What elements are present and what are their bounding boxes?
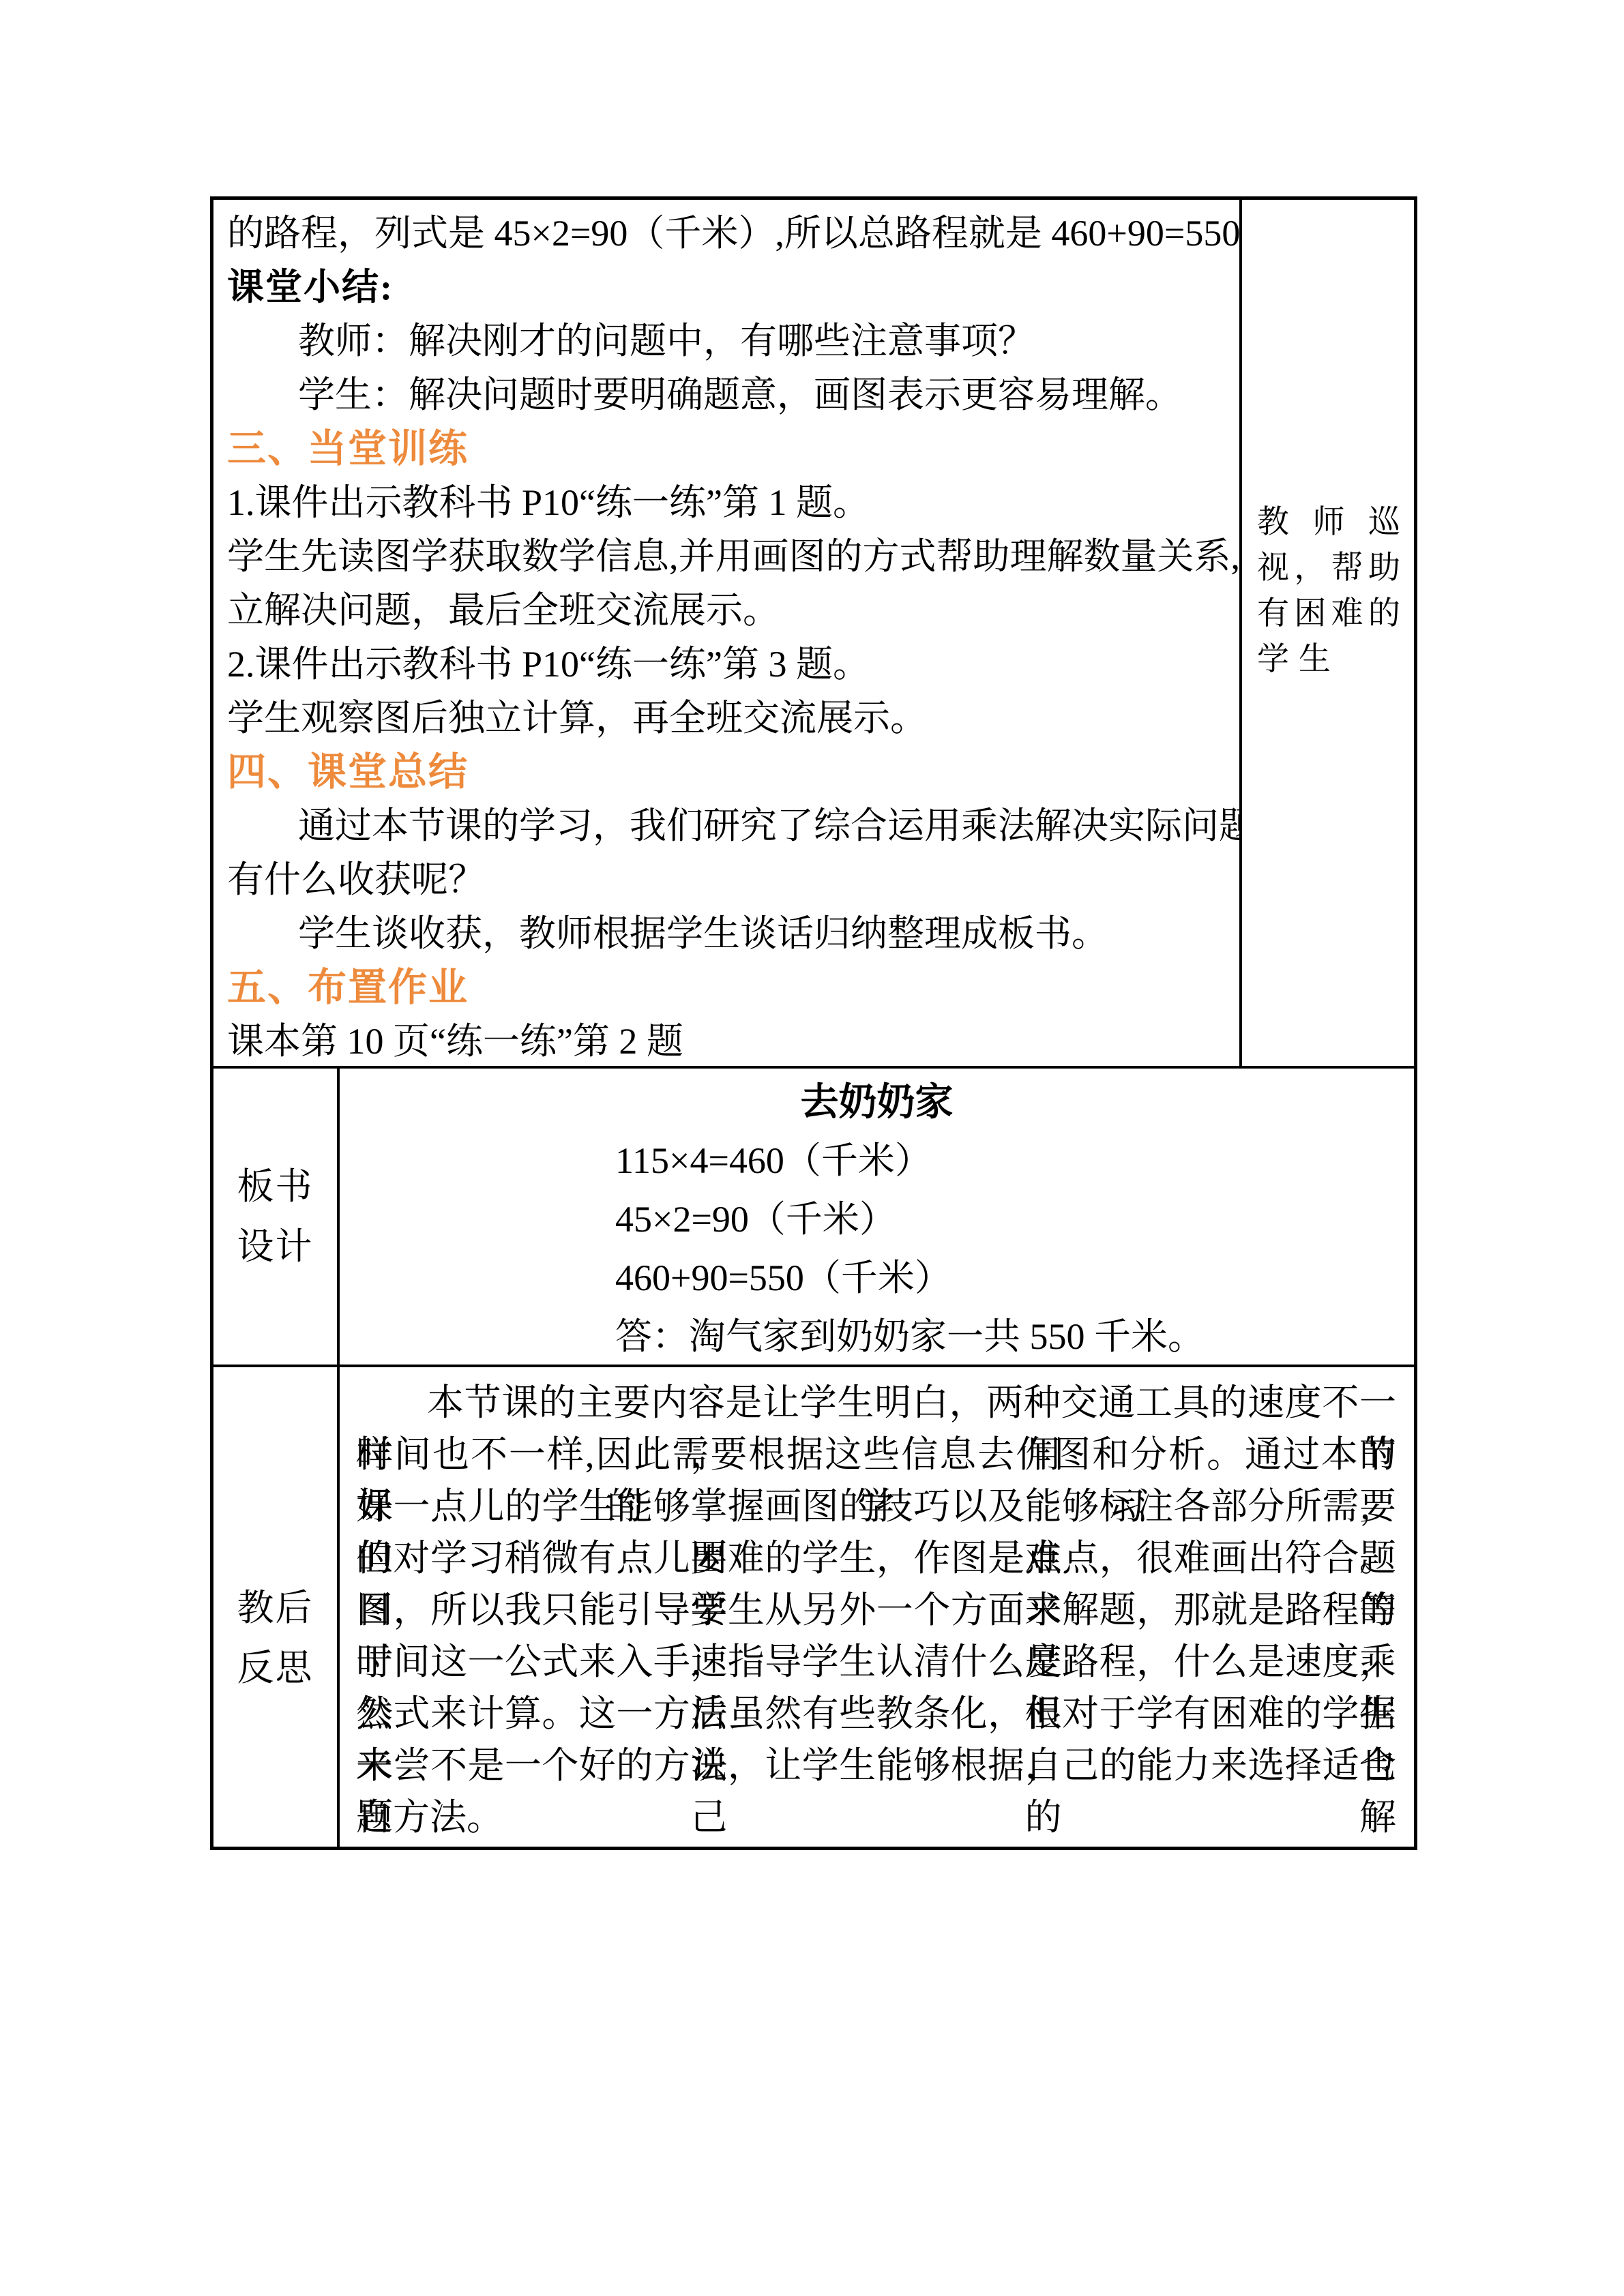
- board-title: 去奶奶家: [340, 1073, 1414, 1131]
- lesson-plan-table: 的路程，列式是 45×2=90（千米）,所以总路程就是 460+90=550（千…: [210, 196, 1417, 1850]
- reflection-content-cell: 本节课的主要内容是让学生明白，两种交通工具的速度不一样，用的时间也不一样,因此需…: [340, 1367, 1414, 1847]
- lesson-plan-page: 的路程，列式是 45×2=90（千米）,所以总路程就是 460+90=550（千…: [0, 0, 1624, 2296]
- teacher-note-line: 学生: [1257, 637, 1400, 683]
- section-heading: 四、课堂总结: [227, 745, 1227, 799]
- lesson-text-line: 有什么收获呢？: [227, 853, 1227, 907]
- reflection-text-line: 未尝不是一个好的方法，让学生能够根据自己的能力来选择适合自己的解: [356, 1740, 1396, 1791]
- reflection-label: 教后反思: [213, 1367, 340, 1847]
- lesson-content-cell: 的路程，列式是 45×2=90（千米）,所以总路程就是 460+90=550（千…: [213, 200, 1242, 1066]
- section-heading: 三、当堂训练: [227, 422, 1227, 476]
- board-answer: 答：淘气家到奶奶家一共 550 千米。: [615, 1307, 1414, 1365]
- lesson-text-line: 教师：解决刚才的问题中，有哪些注意事项？: [227, 314, 1227, 368]
- reflection-label-line: 教后: [237, 1578, 314, 1638]
- reflection-text-line: 但对学习稍微有点儿困难的学生，作图是难点，很难画出符合题目要求的: [356, 1532, 1396, 1584]
- table-row-lesson-content: 的路程，列式是 45×2=90（千米）,所以总路程就是 460+90=550（千…: [213, 200, 1414, 1069]
- board-equation: 45×2=90（千米）: [615, 1190, 1414, 1249]
- lesson-text-line: 1.课件出示教科书 P10“练一练”第 1 题。: [227, 476, 1227, 530]
- reflection-text-line: 本节课的主要内容是让学生明白，两种交通工具的速度不一样，用的: [356, 1377, 1396, 1429]
- lesson-text-line: 学生先读图学获取数学信息,并用画图的方式帮助理解数量关系,再独: [227, 530, 1227, 584]
- lesson-text-line: 通过本节课的学习，我们研究了综合运用乘法解决实际问题，你: [227, 799, 1227, 853]
- reflection-text-line: 公式来计算。这一方法虽然有些教条化，但对于学有困难的学生来说，也: [356, 1688, 1396, 1740]
- lesson-text-line: 立解决问题，最后全班交流展示。: [227, 584, 1227, 638]
- lesson-text-line: 学生谈收获，教师根据学生谈话归纳整理成板书。: [227, 907, 1227, 961]
- teacher-note-line: 视，帮助: [1257, 546, 1400, 591]
- lesson-text-line: 的路程，列式是 45×2=90（千米）,所以总路程就是 460+90=550（千…: [227, 207, 1227, 260]
- board-equations: 115×4=460（千米）45×2=90（千米）460+90=550（千米）: [340, 1131, 1414, 1307]
- board-design-label: 板书设计: [213, 1069, 340, 1365]
- board-equation: 115×4=460（千米）: [615, 1131, 1414, 1190]
- board-design-label-line: 设计: [237, 1217, 314, 1277]
- lesson-text-line: 2.课件出示教科书 P10“练一练”第 3 题。: [227, 638, 1227, 691]
- reflection-text-line: 好一点儿的学生能够掌握画图的技巧以及能够标注各部分所需要的要点。: [356, 1480, 1396, 1532]
- teacher-note-line: 有困难的: [1257, 591, 1400, 637]
- lesson-text-line: 学生：解决问题时要明确题意，画图表示更容易理解。: [227, 368, 1227, 422]
- teacher-patrol-note: 教师巡视，帮助有困难的学生: [1242, 500, 1414, 683]
- lesson-text-line: 课本第 10 页“练一练”第 2 题: [227, 1015, 1227, 1066]
- teacher-note-line: 教师巡: [1257, 500, 1400, 546]
- lesson-text-line: 课堂小结:: [227, 260, 1227, 314]
- reflection-text-line: 时间也不一样,因此需要根据这些信息去作图和分析。通过本节课的学习，: [356, 1429, 1396, 1480]
- teacher-note-cell: 教师巡视，帮助有困难的学生: [1242, 200, 1414, 1066]
- reflection-text-line: 图，所以我只能引导学生从另外一个方面来解题，那就是路程等于速度乘: [356, 1584, 1396, 1636]
- reflection-text-line: 时间这一公式来入手，指导学生认清什么是路程，什么是速度，然后根据: [356, 1636, 1396, 1688]
- table-row-board-design: 板书设计 去奶奶家 115×4=460（千米）45×2=90（千米）460+90…: [213, 1069, 1414, 1367]
- reflection-label-line: 反思: [237, 1638, 314, 1698]
- section-heading: 五、布置作业: [227, 961, 1227, 1015]
- board-design-label-line: 板书: [237, 1157, 314, 1217]
- lesson-text-line: 学生观察图后独立计算，再全班交流展示。: [227, 691, 1227, 745]
- board-equation: 460+90=550（千米）: [615, 1249, 1414, 1307]
- table-row-reflection: 教后反思 本节课的主要内容是让学生明白，两种交通工具的速度不一样，用的时间也不一…: [213, 1367, 1414, 1847]
- board-design-content-cell: 去奶奶家 115×4=460（千米）45×2=90（千米）460+90=550（…: [340, 1069, 1414, 1365]
